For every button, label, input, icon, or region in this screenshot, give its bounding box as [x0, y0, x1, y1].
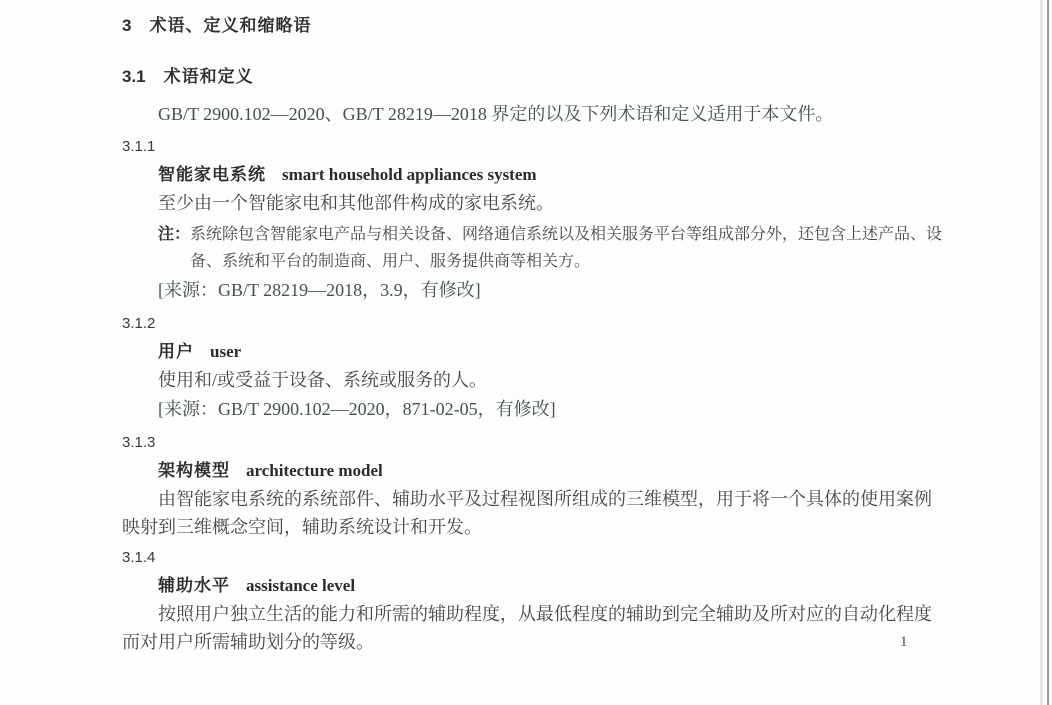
term-line: 辅助水平assistance level [158, 572, 945, 600]
clause-number: 3.1.4 [122, 545, 945, 571]
term-line: 智能家电系统smart household appliances system [158, 161, 945, 189]
term-definition: 由智能家电系统的系统部件、辅助水平及过程视图所组成的三维模型，用于将一个具体的使… [122, 485, 945, 541]
subsection-heading: 3.1术语和定义 [122, 65, 945, 89]
term-zh: 智能家电系统 [158, 165, 266, 184]
document-page: 3术语、定义和缩略语 3.1术语和定义 GB/T 2900.102—2020、G… [0, 0, 1052, 705]
document-content: 3术语、定义和缩略语 3.1术语和定义 GB/T 2900.102—2020、G… [122, 0, 945, 656]
term-en: smart household appliances system [282, 165, 537, 184]
subsection-heading-number: 3.1 [122, 67, 146, 86]
note-text: 系统除包含智能家电产品与相关设备、网络通信系统以及相关服务平台等组成部分外，还包… [190, 226, 942, 270]
term-line: 架构模型architecture model [158, 457, 945, 485]
term-zh: 架构模型 [158, 461, 230, 480]
page-edge-line [1047, 0, 1049, 705]
page-number: 1 [900, 634, 908, 651]
note-label: 注： [158, 226, 190, 243]
term-definition: 至少由一个智能家电和其他部件构成的家电系统。 [122, 189, 945, 217]
term-en: architecture model [246, 461, 383, 480]
source-line: [来源：GB/T 28219—2018，3.9，有修改] [158, 277, 945, 304]
section-heading-number: 3 [122, 16, 131, 35]
term-line: 用户user [158, 338, 945, 366]
page-edge-shadow [1040, 0, 1043, 705]
source-line: [来源：GB/T 2900.102—2020，871-02-05，有修改] [158, 396, 945, 423]
term-definition: 按照用户独立生活的能力和所需的辅助程度，从最低程度的辅助到完全辅助及所对应的自动… [122, 600, 945, 656]
intro-paragraph: GB/T 2900.102—2020、GB/T 28219—2018 界定的以及… [122, 100, 945, 128]
term-en: assistance level [246, 576, 355, 595]
term-zh: 辅助水平 [158, 576, 230, 595]
clause-number: 3.1.2 [122, 311, 945, 337]
term-definition: 使用和/或受益于设备、系统或服务的人。 [122, 366, 945, 394]
subsection-heading-title: 术语和定义 [164, 67, 254, 86]
term-note: 注：系统除包含智能家电产品与相关设备、网络通信系统以及相关服务平台等组成部分外，… [158, 221, 945, 275]
section-heading-title: 术语、定义和缩略语 [149, 16, 311, 35]
term-zh: 用户 [158, 342, 194, 361]
section-heading: 3术语、定义和缩略语 [122, 14, 945, 38]
clause-number: 3.1.1 [122, 134, 945, 160]
clause-number: 3.1.3 [122, 430, 945, 456]
term-en: user [210, 342, 241, 361]
